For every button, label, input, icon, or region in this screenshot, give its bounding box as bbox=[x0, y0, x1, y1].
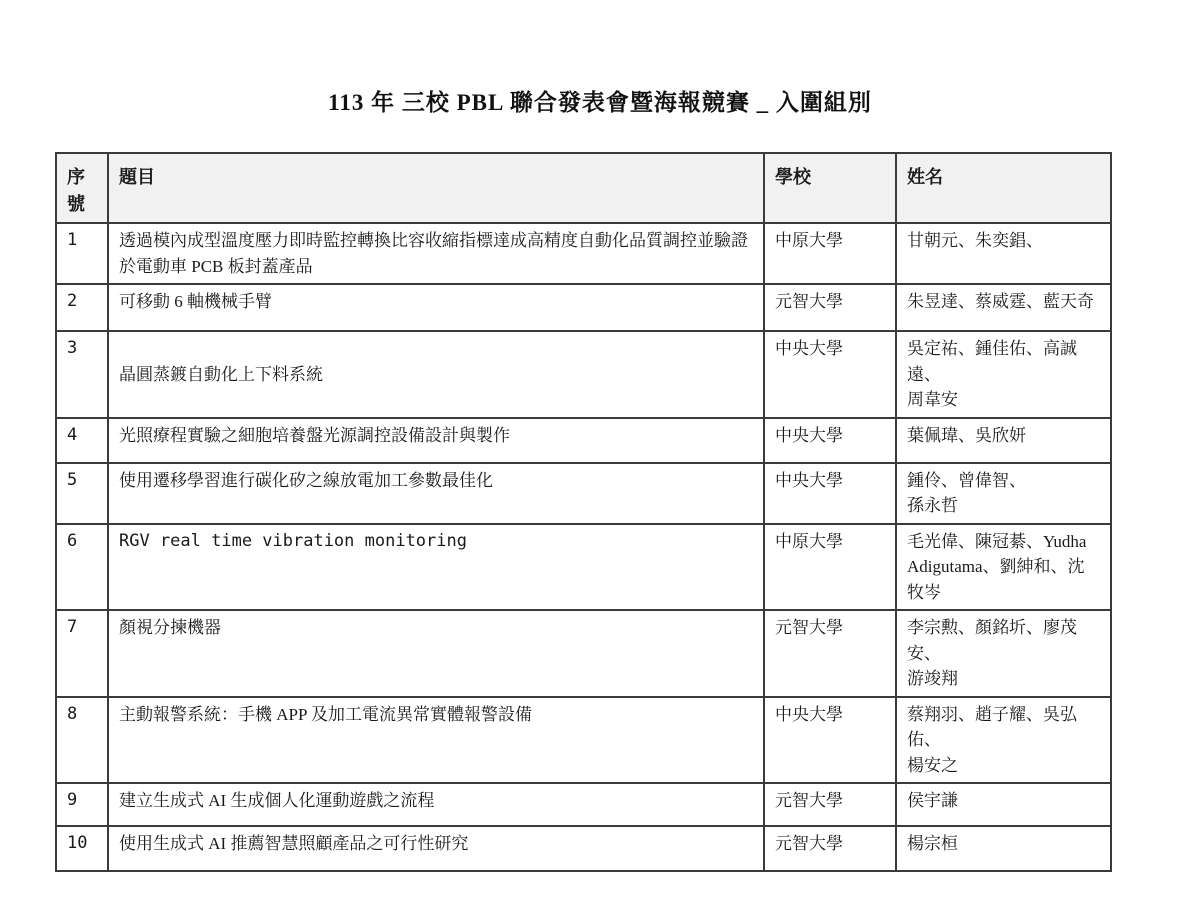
table-row: 7 顏視分揀機器 元智大學 李宗勲、顏銘圻、廖茂安、 游竣翔 bbox=[56, 610, 1111, 697]
header-topic: 題目 bbox=[108, 153, 764, 223]
row-topic: 光照療程實驗之細胞培養盤光源調控設備設計與製作 bbox=[108, 418, 764, 463]
row-no: 10 bbox=[56, 826, 108, 871]
row-school: 中央大學 bbox=[764, 418, 896, 463]
row-no: 2 bbox=[56, 284, 108, 331]
table-row: 1 透過模內成型溫度壓力即時監控轉換比容收縮指標達成高精度自動化品質調控並驗證於… bbox=[56, 223, 1111, 284]
finalist-table: 序號 題目 學校 姓名 1 透過模內成型溫度壓力即時監控轉換比容收縮指標達成高精… bbox=[55, 152, 1112, 872]
row-names: 毛光偉、陳冠綦、Yudha Adigutama、劉紳和、沈牧岑 bbox=[896, 524, 1111, 611]
table-row: 9 建立生成式 AI 生成個人化運動遊戲之流程 元智大學 侯宇謙 bbox=[56, 783, 1111, 826]
row-no: 7 bbox=[56, 610, 108, 697]
row-names: 吳定祐、鍾佳佑、高誠遠、 周韋安 bbox=[896, 331, 1111, 418]
row-topic: 使用遷移學習進行碳化矽之線放電加工參數最佳化 bbox=[108, 463, 764, 524]
row-no: 8 bbox=[56, 697, 108, 784]
row-no: 6 bbox=[56, 524, 108, 611]
row-no: 4 bbox=[56, 418, 108, 463]
table-row: 10 使用生成式 AI 推薦智慧照顧產品之可行性研究 元智大學 楊宗桓 bbox=[56, 826, 1111, 871]
header-no: 序號 bbox=[56, 153, 108, 223]
row-school: 元智大學 bbox=[764, 610, 896, 697]
document-page: 113 年 三校 PBL 聯合發表會暨海報競賽 _ 入圍組別 序號 題目 學校 … bbox=[0, 0, 1200, 900]
table-row: 4 光照療程實驗之細胞培養盤光源調控設備設計與製作 中央大學 葉佩瑋、吳欣妍 bbox=[56, 418, 1111, 463]
row-names: 葉佩瑋、吳欣妍 bbox=[896, 418, 1111, 463]
row-school: 中原大學 bbox=[764, 223, 896, 284]
row-topic: 可移動 6 軸機械手臂 bbox=[108, 284, 764, 331]
row-no: 1 bbox=[56, 223, 108, 284]
row-topic: 透過模內成型溫度壓力即時監控轉換比容收縮指標達成高精度自動化品質調控並驗證於電動… bbox=[108, 223, 764, 284]
row-names: 朱昱達、蔡威霆、藍天奇 bbox=[896, 284, 1111, 331]
row-names: 甘朝元、朱奕錩、 bbox=[896, 223, 1111, 284]
table-header-row: 序號 題目 學校 姓名 bbox=[56, 153, 1111, 223]
row-topic: 使用生成式 AI 推薦智慧照顧產品之可行性研究 bbox=[108, 826, 764, 871]
row-names: 蔡翔羽、趙子耀、吳弘佑、 楊安之 bbox=[896, 697, 1111, 784]
row-no: 3 bbox=[56, 331, 108, 418]
header-names: 姓名 bbox=[896, 153, 1111, 223]
row-school: 中央大學 bbox=[764, 331, 896, 418]
row-topic: 晶圓蒸鍍自動化上下料系統 bbox=[108, 331, 764, 418]
row-school: 元智大學 bbox=[764, 783, 896, 826]
table-row: 3 晶圓蒸鍍自動化上下料系統 中央大學 吳定祐、鍾佳佑、高誠遠、 周韋安 bbox=[56, 331, 1111, 418]
row-names: 鍾伶、曾偉智、 孫永哲 bbox=[896, 463, 1111, 524]
row-school: 元智大學 bbox=[764, 284, 896, 331]
table-row: 8 主動報警系統：手機 APP 及加工電流異常實體報警設備 中央大學 蔡翔羽、趙… bbox=[56, 697, 1111, 784]
row-names: 楊宗桓 bbox=[896, 826, 1111, 871]
header-school: 學校 bbox=[764, 153, 896, 223]
page-title: 113 年 三校 PBL 聯合發表會暨海報競賽 _ 入圍組別 bbox=[0, 84, 1200, 117]
row-school: 中央大學 bbox=[764, 697, 896, 784]
row-topic: 顏視分揀機器 bbox=[108, 610, 764, 697]
table-row: 5 使用遷移學習進行碳化矽之線放電加工參數最佳化 中央大學 鍾伶、曾偉智、 孫永… bbox=[56, 463, 1111, 524]
row-topic: RGV real time vibration monitoring bbox=[108, 524, 764, 611]
row-names: 李宗勲、顏銘圻、廖茂安、 游竣翔 bbox=[896, 610, 1111, 697]
row-topic: 主動報警系統：手機 APP 及加工電流異常實體報警設備 bbox=[108, 697, 764, 784]
row-no: 5 bbox=[56, 463, 108, 524]
row-topic: 建立生成式 AI 生成個人化運動遊戲之流程 bbox=[108, 783, 764, 826]
row-school: 中原大學 bbox=[764, 524, 896, 611]
row-school: 元智大學 bbox=[764, 826, 896, 871]
row-names: 侯宇謙 bbox=[896, 783, 1111, 826]
row-school: 中央大學 bbox=[764, 463, 896, 524]
table-row: 6 RGV real time vibration monitoring 中原大… bbox=[56, 524, 1111, 611]
row-no: 9 bbox=[56, 783, 108, 826]
table-row: 2 可移動 6 軸機械手臂 元智大學 朱昱達、蔡威霆、藍天奇 bbox=[56, 284, 1111, 331]
